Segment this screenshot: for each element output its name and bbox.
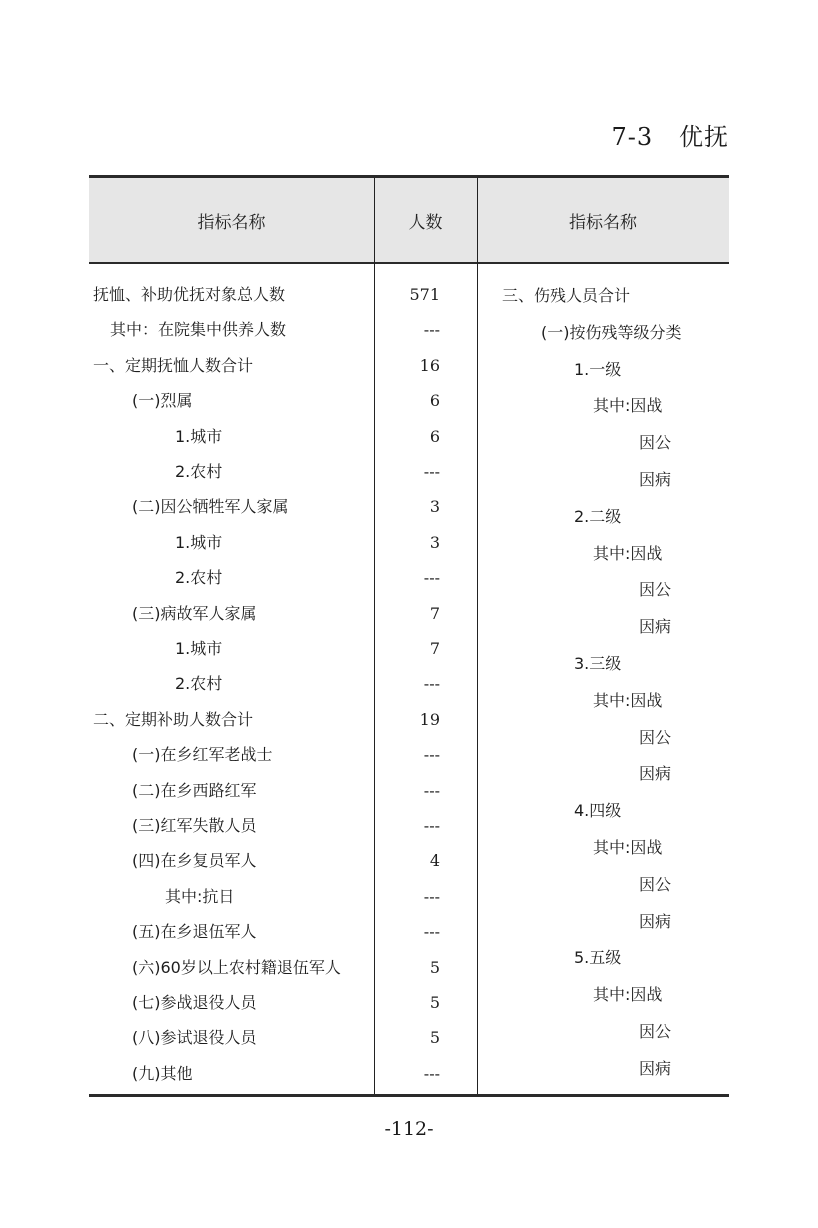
left-row-value: --- xyxy=(374,879,440,914)
right-row-label: 2.二级 xyxy=(574,499,621,534)
left-row-label: 1.城市 xyxy=(175,525,222,560)
right-row-label: 因病 xyxy=(639,609,671,644)
left-row-label: (三)病故军人家属 xyxy=(132,596,257,631)
left-row-value: --- xyxy=(374,808,440,843)
left-row-label: (七)参战退役人员 xyxy=(132,985,257,1020)
left-row-value: --- xyxy=(374,773,440,808)
left-row-value: --- xyxy=(374,454,440,489)
left-row-label: (四)在乡复员军人 xyxy=(132,843,257,878)
left-row-value: 7 xyxy=(374,596,440,631)
left-row-label: (八)参试退役人员 xyxy=(132,1020,257,1055)
right-row-label: 其中:因战 xyxy=(593,388,662,423)
left-row-label: 2.农村 xyxy=(175,454,222,489)
header-count: 人数 xyxy=(374,178,477,262)
right-row-label: 因公 xyxy=(639,425,671,460)
header-indicator-name-right: 指标名称 xyxy=(477,178,729,262)
right-row-label: (一)按伤残等级分类 xyxy=(541,315,682,350)
right-row-label: 因病 xyxy=(639,904,671,939)
left-row-value: --- xyxy=(374,312,440,347)
right-row-label: 其中:因战 xyxy=(593,830,662,865)
statistics-table: 指标名称 人数 指标名称 抚恤、补助优抚对象总人数571其中：在院集中供养人数-… xyxy=(89,175,729,1097)
right-row-label: 三、伤残人员合计 xyxy=(502,278,630,313)
right-row-label: 因公 xyxy=(639,1014,671,1049)
left-row-value: --- xyxy=(374,666,440,701)
right-row-label: 3.三级 xyxy=(574,646,621,681)
left-row-value: 5 xyxy=(374,950,440,985)
left-row-label: (一)烈属 xyxy=(132,383,193,418)
table-header: 指标名称 人数 指标名称 xyxy=(89,178,729,264)
left-row-label: (二)在乡西路红军 xyxy=(132,773,257,808)
left-row-label: (五)在乡退伍军人 xyxy=(132,914,257,949)
left-row-value: 571 xyxy=(374,277,440,312)
right-row-label: 5.五级 xyxy=(574,940,621,975)
left-row-value: --- xyxy=(374,560,440,595)
left-row-label: 2.农村 xyxy=(175,666,222,701)
right-row-label: 因病 xyxy=(639,1051,671,1086)
left-row-value: --- xyxy=(374,914,440,949)
left-row-label: 其中:抗日 xyxy=(165,879,234,914)
left-row-label: 其中：在院集中供养人数 xyxy=(110,312,286,347)
left-row-value: 5 xyxy=(374,985,440,1020)
left-row-label: 1.城市 xyxy=(175,419,222,454)
left-row-label: 二、定期补助人数合计 xyxy=(93,702,253,737)
left-row-label: (二)因公牺牲军人家属 xyxy=(132,489,289,524)
left-row-label: (六)60岁以上农村籍退伍军人 xyxy=(132,950,341,985)
right-row-label: 因公 xyxy=(639,720,671,755)
right-row-label: 4.四级 xyxy=(574,793,621,828)
left-row-label: 抚恤、补助优抚对象总人数 xyxy=(93,277,285,312)
left-row-value: 7 xyxy=(374,631,440,666)
left-row-label: 2.农村 xyxy=(175,560,222,595)
left-row-value: 4 xyxy=(374,843,440,878)
right-row-label: 因病 xyxy=(639,462,671,497)
left-row-label: (九)其他 xyxy=(132,1056,193,1091)
page-number: -112- xyxy=(0,1118,818,1140)
left-row-value: --- xyxy=(374,737,440,772)
right-row-label: 1.一级 xyxy=(574,352,621,387)
left-row-label: (一)在乡红军老战士 xyxy=(132,737,273,772)
right-row-label: 其中:因战 xyxy=(593,977,662,1012)
left-row-value: --- xyxy=(374,1056,440,1091)
left-row-value: 3 xyxy=(374,489,440,524)
right-row-label: 其中:因战 xyxy=(593,683,662,718)
left-row-value: 19 xyxy=(374,702,440,737)
left-row-value: 3 xyxy=(374,525,440,560)
left-row-label: 一、定期抚恤人数合计 xyxy=(93,348,253,383)
right-row-label: 其中:因战 xyxy=(593,536,662,571)
left-row-value: 16 xyxy=(374,348,440,383)
right-row-label: 因公 xyxy=(639,867,671,902)
right-row-label: 因病 xyxy=(639,756,671,791)
right-row-label: 因公 xyxy=(639,572,671,607)
column-divider xyxy=(477,178,478,1094)
left-row-value: 6 xyxy=(374,419,440,454)
left-row-value: 5 xyxy=(374,1020,440,1055)
header-indicator-name-left: 指标名称 xyxy=(89,178,374,262)
left-row-label: (三)红军失散人员 xyxy=(132,808,257,843)
left-row-label: 1.城市 xyxy=(175,631,222,666)
page-title: 7-3 优抚 xyxy=(611,117,729,152)
left-row-value: 6 xyxy=(374,383,440,418)
